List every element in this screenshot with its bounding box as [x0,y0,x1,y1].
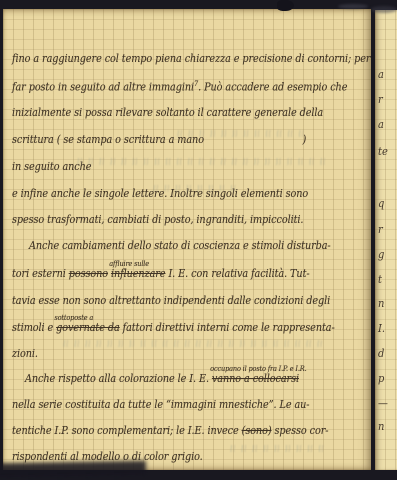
handwritten-text: tentiche I.P. sono complementari; le I.E… [12,424,242,437]
handwritten-text: I. E. con relativa facilità. Tut- [165,267,309,280]
inserted-text-above: occupano il posto fra I.P. e I.R. [210,364,306,373]
handwritten-text: far posto in seguito ad altre immagini [12,81,194,94]
crossed-out-text: vanno a collocarsi [212,372,299,385]
handwritten-text: . Può accadere ad esempio che [198,81,347,94]
handwritten-text: tavia esse non sono altrettanto indipend… [12,294,330,307]
manuscript-line-15: tentiche I.P. sono complementari; le I.E… [12,424,328,437]
next-page-text-fragment-6: r [378,223,383,236]
manuscript-line-9: tori esterni possono affluire sulleinflu… [12,267,310,280]
handwritten-text: spesso cor- [272,424,329,437]
next-page-edge: arateqrgtnI.dp—n [375,10,397,470]
handwritten-text: tori esterni [12,267,69,280]
next-page-text-fragment-7: g [378,248,384,261]
handwritten-text: stimoli e [12,321,56,334]
manuscript-line-7: spesso trasformati, cambiati di posto, i… [12,213,303,226]
manuscript-line-1: fino a raggiungere col tempo piena chiar… [12,52,370,65]
manuscript-line-8: Anche cambiamenti dello stato di coscien… [29,239,331,252]
ink-bleed-through [175,130,307,137]
manuscript-line-11: stimoli e sottoposte agovernate da fatto… [12,321,335,334]
manuscript-line-12: zioni. [12,347,38,360]
next-page-text-fragment-13: — [378,397,388,410]
crossed-out-text: (sono) [242,424,272,437]
scan-artifact [338,4,368,9]
next-page-text-fragment-8: t [378,273,382,286]
scan-artifact [371,6,397,13]
handwritten-text: zioni. [12,347,38,360]
inline-correction: occupano il posto fra I.P. e I.R.vanno a… [212,372,299,385]
inserted-text-above: sottoposte a [54,313,93,322]
handwritten-text: Anche cambiamenti dello stato di coscien… [29,239,331,252]
scan-artifact [277,0,294,11]
next-page-text-fragment-5: q [378,197,384,210]
scanned-notebook-photo: fino a raggiungere col tempo piena chiar… [0,0,397,480]
next-page-text-fragment-14: n [378,420,384,433]
ink-bleed-through [61,340,323,347]
ink-bleed-through [151,185,241,192]
manuscript-line-3: inizialmente si possa rilevare soltanto … [12,106,323,119]
handwritten-text: nella serie costituita da tutte le “imma… [12,398,309,411]
handwritten-text: fattori direttivi interni come le rappre… [120,321,335,334]
handwritten-text: Anche rispetto alla colorazione le I. E. [25,372,212,385]
handwritten-text: fino a raggiungere col tempo piena chiar… [12,52,370,65]
notebook-page: fino a raggiungere col tempo piena chiar… [3,9,371,470]
manuscript-line-10: tavia esse non sono altrettanto indipend… [12,294,330,307]
handwritten-text: spesso trasformati, cambiati di posto, i… [12,213,303,226]
next-page-text-fragment-10: I. [378,322,385,335]
manuscript-line-13: Anche rispetto alla colorazione le I. E.… [25,372,299,385]
next-page-text-fragment-12: p [378,372,384,385]
manuscript-line-14: nella serie costituita da tutte le “imma… [12,398,309,411]
crossed-out-text: possono [69,267,108,280]
next-page-text-fragment-3: a [378,118,384,131]
ink-bleed-through [228,445,330,452]
next-page-text-fragment-9: n [378,297,384,310]
ink-bleed-through [75,158,327,165]
scan-artifact [0,461,146,478]
crossed-out-text: governate da [56,321,119,334]
crossed-out-text: influenzare [111,267,165,280]
handwritten-text: inizialmente si possa rilevare soltanto … [12,106,323,119]
next-page-text-fragment-11: d [378,347,384,360]
inline-correction: sottoposte agovernate da [56,321,119,334]
manuscript-line-2: far posto in seguito ad altre immagini7.… [12,79,347,94]
inserted-text-above: affluire sulle [109,259,149,268]
inline-correction: affluire sulleinfluenzare [111,267,165,280]
next-page-text-fragment-2: r [378,93,383,106]
next-page-text-fragment-1: a [378,68,384,81]
next-page-text-fragment-4: te [378,145,388,158]
